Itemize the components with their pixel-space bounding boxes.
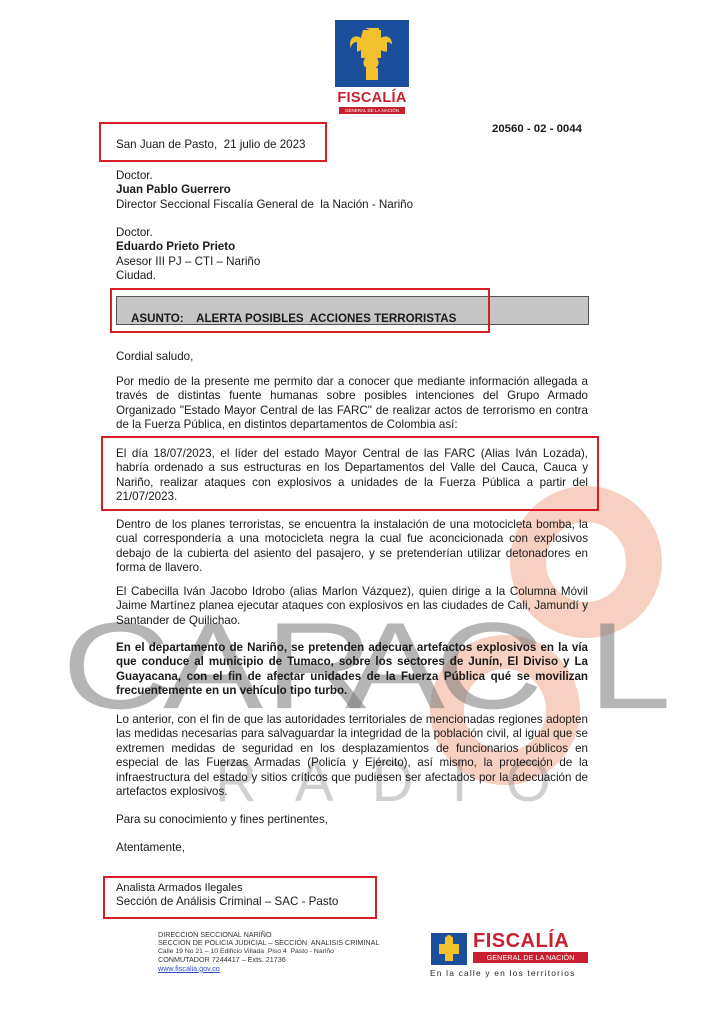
signature-line-2: Sección de Análisis Criminal – SAC - Pas…: [116, 895, 338, 909]
recipient-position: Director Seccional Fiscalía General de l…: [116, 198, 536, 212]
subject-highlight-box: [110, 288, 490, 333]
logo-subtitle: GENERAL DE LA NACIÓN: [339, 107, 405, 114]
closing-line: Para su conocimiento y fines pertinentes…: [116, 813, 328, 827]
recipient-city: Ciudad.: [116, 269, 536, 283]
paragraph-intro: Por medio de la presente me permito dar …: [116, 375, 588, 433]
fiscalia-footer-logo: FISCALÍA GENERAL DE LA NACIÓN En la call…: [430, 930, 590, 980]
paragraph-cabecilla: El Cabecilla Iván Jacobo Idrobo (alias M…: [116, 585, 588, 628]
footer-line: SECCION DE POLICIA JUDICIAL – SECCIÓN AN…: [158, 939, 428, 947]
recipient-salutation: Doctor.: [116, 226, 536, 240]
signature: Analista Armados Ilegales Sección de Aná…: [116, 882, 338, 909]
recipient-name: Juan Pablo Guerrero: [116, 183, 536, 197]
signature-line-1: Analista Armados Ilegales: [116, 882, 338, 895]
paragraph-order: El día 18/07/2023, el líder del estado M…: [116, 447, 588, 505]
footer-address: DIRECCION SECCIONAL NARIÑO SECCION DE PO…: [158, 931, 428, 973]
greeting: Cordial saludo,: [116, 350, 193, 364]
sign-off: Atentamente,: [116, 841, 185, 855]
footer-logo-wordmark: FISCALÍA: [473, 930, 569, 953]
recipient-name: Eduardo Prieto Prieto: [116, 240, 536, 254]
recipient-1: Doctor. Juan Pablo Guerrero Director Sec…: [116, 169, 536, 212]
recipient-2: Doctor. Eduardo Prieto Prieto Asesor III…: [116, 226, 536, 284]
place-date: San Juan de Pasto, 21 julio de 2023: [116, 138, 306, 152]
website-link[interactable]: www.fiscalia.gov.co: [158, 964, 220, 973]
puzzle-logo-icon: [431, 933, 467, 965]
paragraph-recommendations: Lo anterior, con el fin de que las autor…: [116, 713, 588, 799]
footer-logo-subtitle: GENERAL DE LA NACIÓN: [473, 952, 588, 963]
recipient-position: Asesor III PJ – CTI – Nariño: [116, 255, 536, 269]
reference-number: 20560 - 02 - 0044: [492, 122, 582, 136]
logo-wordmark: FISCALÍA: [334, 90, 410, 106]
paragraph-narino: En el departamento de Nariño, se pretend…: [116, 641, 588, 699]
fiscalia-logo: FISCALÍA GENERAL DE LA NACIÓN: [334, 20, 410, 113]
paragraph-motorcycle-bomb: Dentro de los planes terroristas, se enc…: [116, 518, 588, 576]
puzzle-logo-icon: [335, 20, 409, 87]
slogan: En la calle y en los territorios: [430, 968, 590, 978]
recipient-salutation: Doctor.: [116, 169, 536, 183]
watermark-letter: L: [588, 604, 671, 727]
